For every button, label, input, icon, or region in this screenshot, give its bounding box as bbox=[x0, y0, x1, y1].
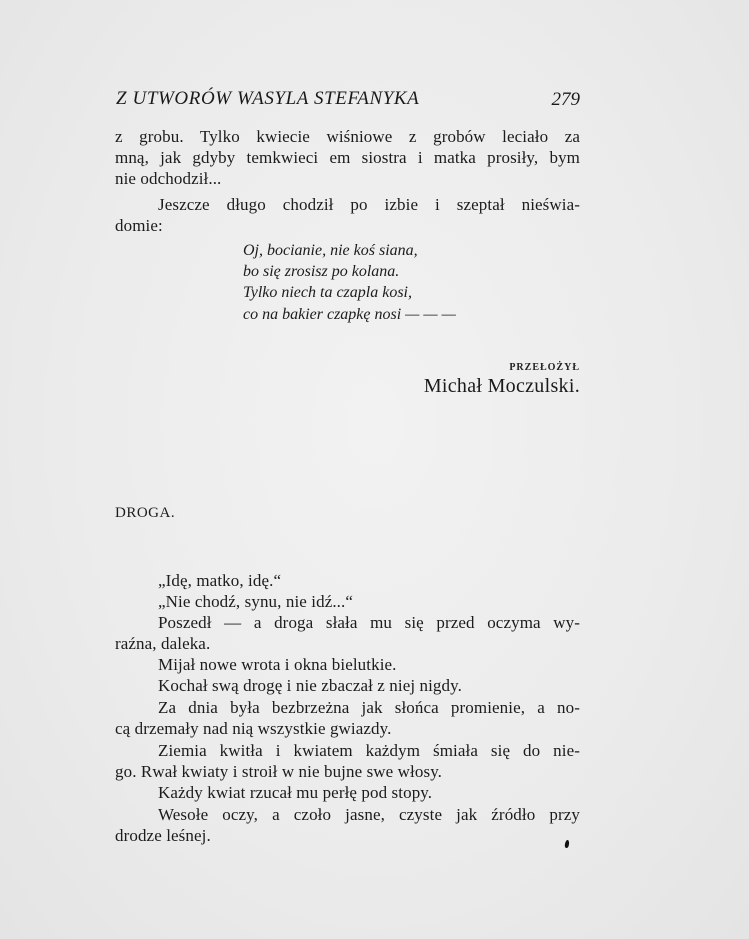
translator-name: Michał Moczulski. bbox=[380, 375, 580, 398]
poem-line: Oj, bocianie, nie koś siana, bbox=[243, 240, 418, 261]
text-line: nie odchodził... bbox=[115, 168, 580, 189]
text-line: Jeszcze długo chodził po izbie i szeptał… bbox=[115, 194, 580, 215]
text-line: raźna, daleka. bbox=[115, 633, 580, 654]
print-mark bbox=[564, 840, 569, 849]
section-title: DROGA. bbox=[115, 505, 175, 522]
text-line: cą drzemały nad nią wszystkie gwiazdy. bbox=[115, 718, 580, 739]
poem-line: bo się zrosisz po kolana. bbox=[243, 261, 399, 282]
text-line: Poszedł — a droga słała mu się przed ocz… bbox=[115, 612, 580, 633]
running-header: Z UTWORÓW WASYLA STEFANYKA bbox=[116, 88, 419, 110]
text-line: drodze leśnej. bbox=[115, 825, 580, 846]
text-line: Ziemia kwitła i kwiatem każdym śmiała si… bbox=[115, 740, 580, 761]
text-line: Wesołe oczy, a czoło jasne, czyste jak ź… bbox=[115, 804, 580, 825]
text-line: Mijał nowe wrota i okna bielutkie. bbox=[115, 654, 580, 675]
poem-line: Tylko niech ta czapla kosi, bbox=[243, 282, 412, 303]
text-line: „Nie chodź, synu, nie idź...“ bbox=[115, 591, 580, 612]
text-line: go. Rwał kwiaty i stroił w nie bujne swe… bbox=[115, 761, 580, 782]
translator-label: PRZEŁOŻYŁ bbox=[480, 362, 580, 373]
text-line: „Idę, matko, idę.“ bbox=[115, 570, 580, 591]
text-line: mną, jak gdyby temkwieci em siostra i ma… bbox=[115, 147, 580, 168]
book-page: Z UTWORÓW WASYLA STEFANYKA 279 z grobu. … bbox=[0, 0, 749, 939]
page-number: 279 bbox=[548, 89, 580, 111]
text-line: z grobu. Tylko kwiecie wiśniowe z grobów… bbox=[115, 126, 580, 147]
text-line: Każdy kwiat rzucał mu perłę pod stopy. bbox=[115, 782, 580, 803]
text-line: Za dnia była bezbrzeżna jak słońca promi… bbox=[115, 697, 580, 718]
poem-line: co na bakier czapkę nosi — — — bbox=[243, 304, 456, 325]
text-line: Kochał swą drogę i nie zbaczał z niej ni… bbox=[115, 675, 580, 696]
text-line: domie: bbox=[115, 215, 580, 236]
